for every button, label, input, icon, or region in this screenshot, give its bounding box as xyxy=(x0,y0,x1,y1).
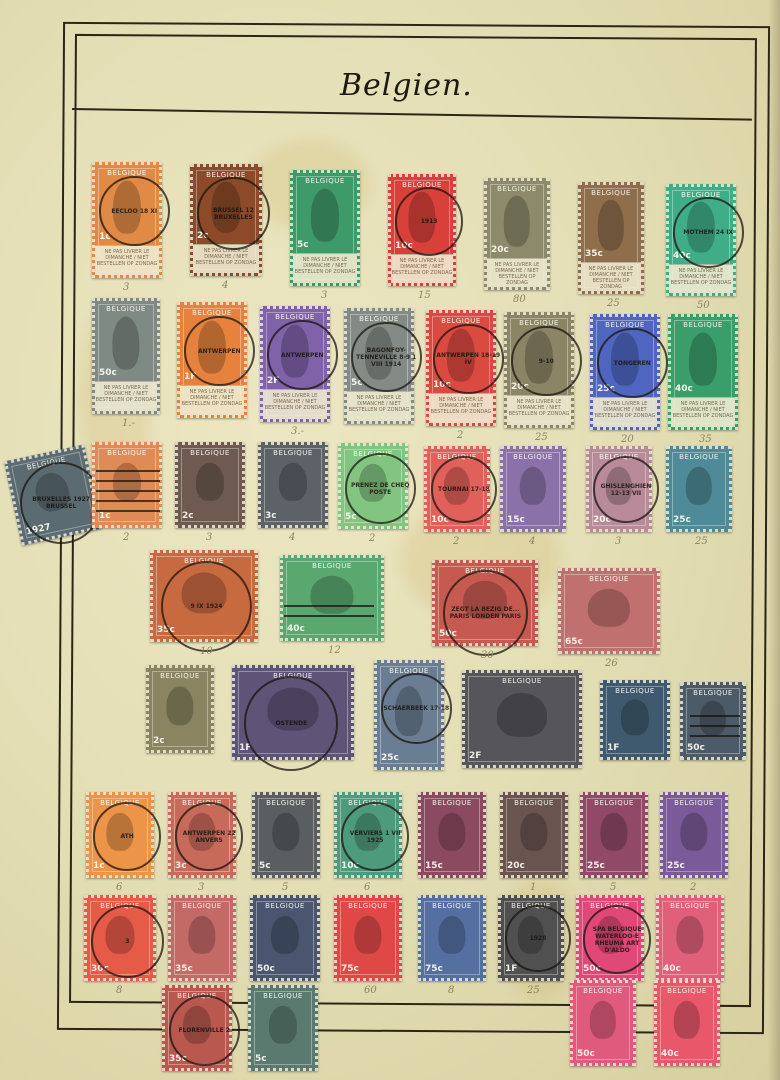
postmark-cancel: FLORENVILLE 2 xyxy=(169,995,240,1066)
catalog-price-note: 1.- xyxy=(122,418,135,429)
stamp-denomination: 2c xyxy=(153,736,165,746)
stamp-country-label: BELGIQUE xyxy=(663,799,725,807)
portrait-icon xyxy=(272,813,299,851)
stamp: BELGIQUE40cNE PAS LIVRER LE DIMANCHE / N… xyxy=(668,314,738,430)
stamp-denomination: 65c xyxy=(565,637,583,647)
stamp-country-label: BELGIQUE xyxy=(487,185,547,193)
portrait-icon xyxy=(700,701,726,736)
catalog-price-note: 25 xyxy=(527,985,540,996)
stamp: BELGIQUE2c xyxy=(146,665,214,753)
stamp-denomination: 5c xyxy=(259,861,271,871)
stamp-denomination: 5c xyxy=(255,1054,267,1064)
stamp: BELGIQUE35cNE PAS LIVRER LE DIMANCHE / N… xyxy=(578,182,644,294)
stamp-denomination: 40c xyxy=(287,624,305,634)
stamp: BELGIQUE25c xyxy=(580,792,648,878)
stamp-country-label: BELGIQUE xyxy=(255,799,317,807)
stamp-country-label: BELGIQUE xyxy=(171,902,233,910)
catalog-price-note: 4 xyxy=(529,536,535,547)
machine-cancel-line xyxy=(690,715,740,717)
sunday-delivery-tab: NE PAS LIVRER LE DIMANCHE / NIET BESTELL… xyxy=(95,381,157,411)
stamp-country-label: BELGIQUE xyxy=(337,902,399,910)
postmark-cancel: ANTWERPEN xyxy=(267,320,338,391)
portrait-icon xyxy=(310,576,353,614)
stamp-country-label: BELGIQUE xyxy=(683,689,743,697)
machine-cancel-line xyxy=(690,735,740,737)
portrait-icon xyxy=(600,813,627,851)
catalog-price-note: 2 xyxy=(453,536,459,547)
portrait-icon xyxy=(354,916,381,954)
sunday-delivery-tab: NE PAS LIVRER LE DIMANCHE / NIET BESTELL… xyxy=(669,264,733,293)
stamp-denomination: 50c xyxy=(99,368,117,378)
catalog-price-note: 1 xyxy=(530,882,536,893)
portrait-icon xyxy=(674,1001,700,1039)
postmark-cancel: SCHAERBEEK 17-18 xyxy=(381,673,452,744)
catalog-price-note: 30 xyxy=(481,650,494,661)
machine-cancel-line xyxy=(284,615,374,617)
postmark-cancel: TONGEREN xyxy=(597,328,668,399)
machine-cancel-line xyxy=(284,605,374,607)
stamp: BELGIQUE25c xyxy=(666,446,732,532)
postmark-cancel: PRENEZ DE CHEQ POSTE xyxy=(345,453,416,524)
catalog-price-note: 2 xyxy=(690,882,696,893)
postmark-cancel: ANTWERPEN xyxy=(184,316,255,387)
stamp-country-label: BELGIQUE xyxy=(573,987,633,995)
catalog-price-note: 4 xyxy=(289,532,295,543)
postmark-cancel: 9-10 xyxy=(511,326,582,397)
portrait-icon xyxy=(689,332,717,385)
catalog-price-note: 26 xyxy=(605,658,618,669)
sunday-delivery-tab: NE PAS LIVRER LE DIMANCHE / NIET BESTELL… xyxy=(581,262,641,291)
portrait-icon xyxy=(438,813,465,851)
portrait-icon xyxy=(311,188,339,241)
catalog-price-note: 8 xyxy=(448,985,454,996)
catalog-price-note: 60 xyxy=(364,985,377,996)
stamp: BELGIQUE75c xyxy=(334,895,402,981)
sunday-delivery-tab: NE PAS LIVRER LE DIMANCHE / NIET BESTELL… xyxy=(347,391,411,421)
stamp-country-label: BELGIQUE xyxy=(583,799,645,807)
stamp-country-label: BELGIQUE xyxy=(95,449,159,457)
stamp: BELGIQUE75c xyxy=(418,895,486,981)
stamp-denomination: 1c xyxy=(93,861,105,871)
catalog-price-note: 6 xyxy=(364,882,370,893)
stamp-country-label: BELGIQUE xyxy=(251,992,315,1000)
stamp-denomination: 1c xyxy=(99,511,111,521)
postmark-cancel: 9 IX 1924 xyxy=(161,561,252,652)
postmark-cancel: BRUXELLES 1927 BRUSSEL xyxy=(20,462,102,544)
catalog-price-note: 3 xyxy=(198,882,204,893)
catalog-price-note: 5 xyxy=(282,882,288,893)
page-edge-shadow xyxy=(768,0,780,1080)
catalog-price-note: 50 xyxy=(697,300,710,311)
portrait-icon xyxy=(497,693,547,737)
album-page: Belgien. BELGIQUE1cNE PAS LIVRER LE DIMA… xyxy=(0,0,780,1080)
catalog-price-note: 4 xyxy=(222,280,228,291)
stamp-denomination: 50c xyxy=(687,743,705,753)
stamp: BELGIQUE5c xyxy=(248,985,318,1071)
stamp-denomination: 25c xyxy=(587,861,605,871)
stamp-country-label: BELGIQUE xyxy=(421,799,483,807)
stamp-denomination: 2c xyxy=(182,511,194,521)
stamp: BELGIQUE5cNE PAS LIVRER LE DIMANCHE / NI… xyxy=(290,170,360,286)
stamp-country-label: BELGIQUE xyxy=(261,449,325,457)
postmark-cancel: ATH xyxy=(93,802,162,871)
portrait-icon xyxy=(504,196,530,247)
postmark-cancel: EECLOO 18 XI xyxy=(99,176,170,247)
stamp-denomination: 15c xyxy=(425,861,443,871)
stamp: BELGIQUE40c xyxy=(656,895,724,981)
stamp-denomination: 2F xyxy=(469,751,481,761)
stamp: BELGIQUE3c xyxy=(258,442,328,528)
stamp-denomination: 25c xyxy=(381,753,399,763)
stamp-country-label: BELGIQUE xyxy=(581,189,641,197)
stamp-denomination: 5c xyxy=(297,240,309,250)
catalog-price-note: 35 xyxy=(699,434,712,445)
stamp-country-label: BELGIQUE xyxy=(671,321,735,329)
postmark-cancel: VERVIERS 1 VII 1925 xyxy=(341,802,410,871)
stamp-denomination: 75c xyxy=(425,964,443,974)
stamp-country-label: BELGIQUE xyxy=(421,902,483,910)
machine-cancel-line xyxy=(96,470,160,472)
postmark-cancel: 1913 xyxy=(395,187,464,256)
portrait-icon xyxy=(112,316,139,369)
postmark-cancel: BRUSSEL 12 BRUXELLES xyxy=(197,177,269,249)
stamp-denomination: 25c xyxy=(667,861,685,871)
catalog-price-note: 15 xyxy=(418,290,431,301)
page-title: Belgien. xyxy=(340,68,473,103)
stamp-country-label: BELGIQUE xyxy=(503,453,563,461)
sunday-delivery-tab: NE PAS LIVRER LE DIMANCHE / NIET BESTELL… xyxy=(263,389,327,419)
portrait-icon xyxy=(520,467,546,505)
stamp-country-label: BELGIQUE xyxy=(95,305,157,313)
sunday-delivery-tab: NE PAS LIVRER LE DIMANCHE / NIET BESTELL… xyxy=(180,385,244,415)
catalog-price-note: 5 xyxy=(610,882,616,893)
stamp: BELGIQUE50cNE PAS LIVRER LE DIMANCHE / N… xyxy=(92,298,160,414)
portrait-icon xyxy=(196,463,224,501)
catalog-price-note: 3 xyxy=(123,282,129,293)
stamp-denomination: 15c xyxy=(507,515,525,525)
postmark-cancel: BAGONFOY-TENNEVILLE 8-9 1 VIII 1914 xyxy=(351,322,422,393)
stamp-country-label: BELGIQUE xyxy=(465,677,579,685)
postmark-cancel: 1928 xyxy=(505,905,572,972)
catalog-price-note: 8 xyxy=(116,985,122,996)
stamp-denomination: 40c xyxy=(675,384,693,394)
stamp-denomination: 25c xyxy=(673,515,691,525)
sunday-delivery-tab: NE PAS LIVRER LE DIMANCHE / NIET BESTELL… xyxy=(671,397,735,427)
portrait-icon xyxy=(438,916,465,954)
stamp-country-label: BELGIQUE xyxy=(149,672,211,680)
catalog-price-note: 3 xyxy=(206,532,212,543)
stamp-denomination: 40c xyxy=(663,964,681,974)
stamp: BELGIQUE20c xyxy=(500,792,568,878)
stamp-country-label: BELGIQUE xyxy=(283,562,381,570)
catalog-price-note: 20 xyxy=(621,434,634,445)
machine-cancel-line xyxy=(96,510,160,512)
stamp: BELGIQUE15c xyxy=(500,446,566,532)
catalog-price-note: 80 xyxy=(513,294,526,305)
stamp-country-label: BELGIQUE xyxy=(657,987,717,995)
portrait-icon xyxy=(686,467,712,505)
sunday-delivery-tab: NE PAS LIVRER LE DIMANCHE / NIET BESTELL… xyxy=(487,258,547,287)
portrait-icon xyxy=(520,813,547,851)
stamp: BELGIQUE40c xyxy=(654,980,720,1066)
sunday-delivery-tab: NE PAS LIVRER LE DIMANCHE / NIET BESTELL… xyxy=(391,254,453,283)
stamp-denomination: 35c xyxy=(585,249,603,259)
portrait-icon xyxy=(598,200,624,251)
stamp: BELGIQUE50c xyxy=(250,895,320,981)
stamp: BELGIQUE20cNE PAS LIVRER LE DIMANCHE / N… xyxy=(484,178,550,290)
portrait-icon xyxy=(188,916,215,954)
portrait-icon xyxy=(279,463,307,501)
catalog-price-note: 3.- xyxy=(291,426,304,437)
catalog-price-note: 2 xyxy=(123,532,129,543)
catalog-price-note: 25 xyxy=(695,536,708,547)
stamp: BELGIQUE65c xyxy=(558,568,660,654)
portrait-icon xyxy=(588,589,630,627)
sunday-delivery-tab: NE PAS LIVRER LE DIMANCHE / NIET BESTELL… xyxy=(293,253,357,283)
sunday-delivery-tab: NE PAS LIVRER LE DIMANCHE / NIET BESTELL… xyxy=(507,395,571,425)
stamp-denomination: 3c xyxy=(265,511,277,521)
stamp-denomination: 20c xyxy=(507,861,525,871)
stamp: BELGIQUE1F xyxy=(600,680,670,760)
sunday-delivery-tab: NE PAS LIVRER LE DIMANCHE / NIET BESTELL… xyxy=(429,393,493,423)
catalog-price-note: 3 xyxy=(615,536,621,547)
stamp-denomination: 20c xyxy=(491,245,509,255)
stamp: BELGIQUE40c xyxy=(280,555,384,641)
stamp-denomination: 50c xyxy=(257,964,275,974)
portrait-icon xyxy=(271,916,299,954)
stamp-country-label: BELGIQUE xyxy=(659,902,721,910)
sunday-delivery-tab: NE PAS LIVRER LE DIMANCHE / NIET BESTELL… xyxy=(593,397,657,427)
stamp-denomination: 75c xyxy=(341,964,359,974)
catalog-price-note: 25 xyxy=(535,432,548,443)
machine-cancel-line xyxy=(690,725,740,727)
stamp: BELGIQUE25c xyxy=(660,792,728,878)
catalog-price-note: 6 xyxy=(116,882,122,893)
stamp: BELGIQUE35c xyxy=(168,895,236,981)
postmark-cancel: ZEGT LA BEZIG DE... PARIS LONDEN PARIS xyxy=(443,570,529,656)
stamp-country-label: BELGIQUE xyxy=(503,799,565,807)
stamp-denomination: 50c xyxy=(577,1049,595,1059)
stamp: BELGIQUE2F xyxy=(462,670,582,768)
catalog-price-note: 12 xyxy=(328,645,341,656)
stamp-country-label: BELGIQUE xyxy=(561,575,657,583)
stamp-denomination: 1F xyxy=(607,743,619,753)
catalog-price-note: 10 xyxy=(200,646,213,657)
stamp-denomination: 3c xyxy=(175,861,187,871)
stamp-denomination: 1F xyxy=(505,964,517,974)
machine-cancel-line xyxy=(96,490,160,492)
postmark-cancel: GHISLENGHIEN 12-13 VII xyxy=(593,456,660,523)
portrait-icon xyxy=(590,1001,616,1039)
stamp-country-label: BELGIQUE xyxy=(669,453,729,461)
stamp-country-label: BELGIQUE xyxy=(603,687,667,695)
stamp-denomination: 35c xyxy=(175,964,193,974)
machine-cancel-line xyxy=(96,480,160,482)
postmark-cancel: TOURNAI 17-18 xyxy=(431,456,498,523)
stamp: BELGIQUE50c xyxy=(570,980,636,1066)
catalog-price-note: 2 xyxy=(369,533,375,544)
portrait-icon xyxy=(621,699,649,735)
catalog-price-note: 3 xyxy=(321,290,327,301)
catalog-price-note: 25 xyxy=(607,298,620,309)
stamp: BELGIQUE2c xyxy=(175,442,245,528)
stamp-country-label: BELGIQUE xyxy=(293,177,357,185)
machine-cancel-line xyxy=(96,500,160,502)
postmark-cancel: ANTWERPEN 22 ANVERS xyxy=(175,802,244,871)
stamp-country-label: BELGIQUE xyxy=(178,449,242,457)
stamp: BELGIQUE15c xyxy=(418,792,486,878)
stamp: BELGIQUE50c xyxy=(680,682,746,760)
portrait-icon xyxy=(676,916,703,954)
portrait-icon xyxy=(269,1006,297,1044)
postmark-cancel: ANTWERPEN 18-19 IV xyxy=(433,324,504,395)
stamp: BELGIQUE5c xyxy=(252,792,320,878)
portrait-icon xyxy=(680,813,707,851)
postmark-cancel: SPA BELGIQUE WATERLOO-E RHEUMA ART D'ALD… xyxy=(583,905,652,974)
postmark-cancel: OSTENDE xyxy=(244,676,338,770)
sunday-delivery-tab: NE PAS LIVRER LE DIMANCHE / NIET BESTELL… xyxy=(95,245,159,275)
postmark-cancel: 3 xyxy=(91,905,163,977)
stamp-country-label: BELGIQUE xyxy=(253,902,317,910)
postmark-cancel: MOTHEM 24 IX xyxy=(673,197,744,268)
portrait-icon xyxy=(166,686,193,725)
stamp-denomination: 40c xyxy=(661,1049,679,1059)
catalog-price-note: 2 xyxy=(457,430,463,441)
stamp: BELGIQUE1c xyxy=(92,442,162,528)
